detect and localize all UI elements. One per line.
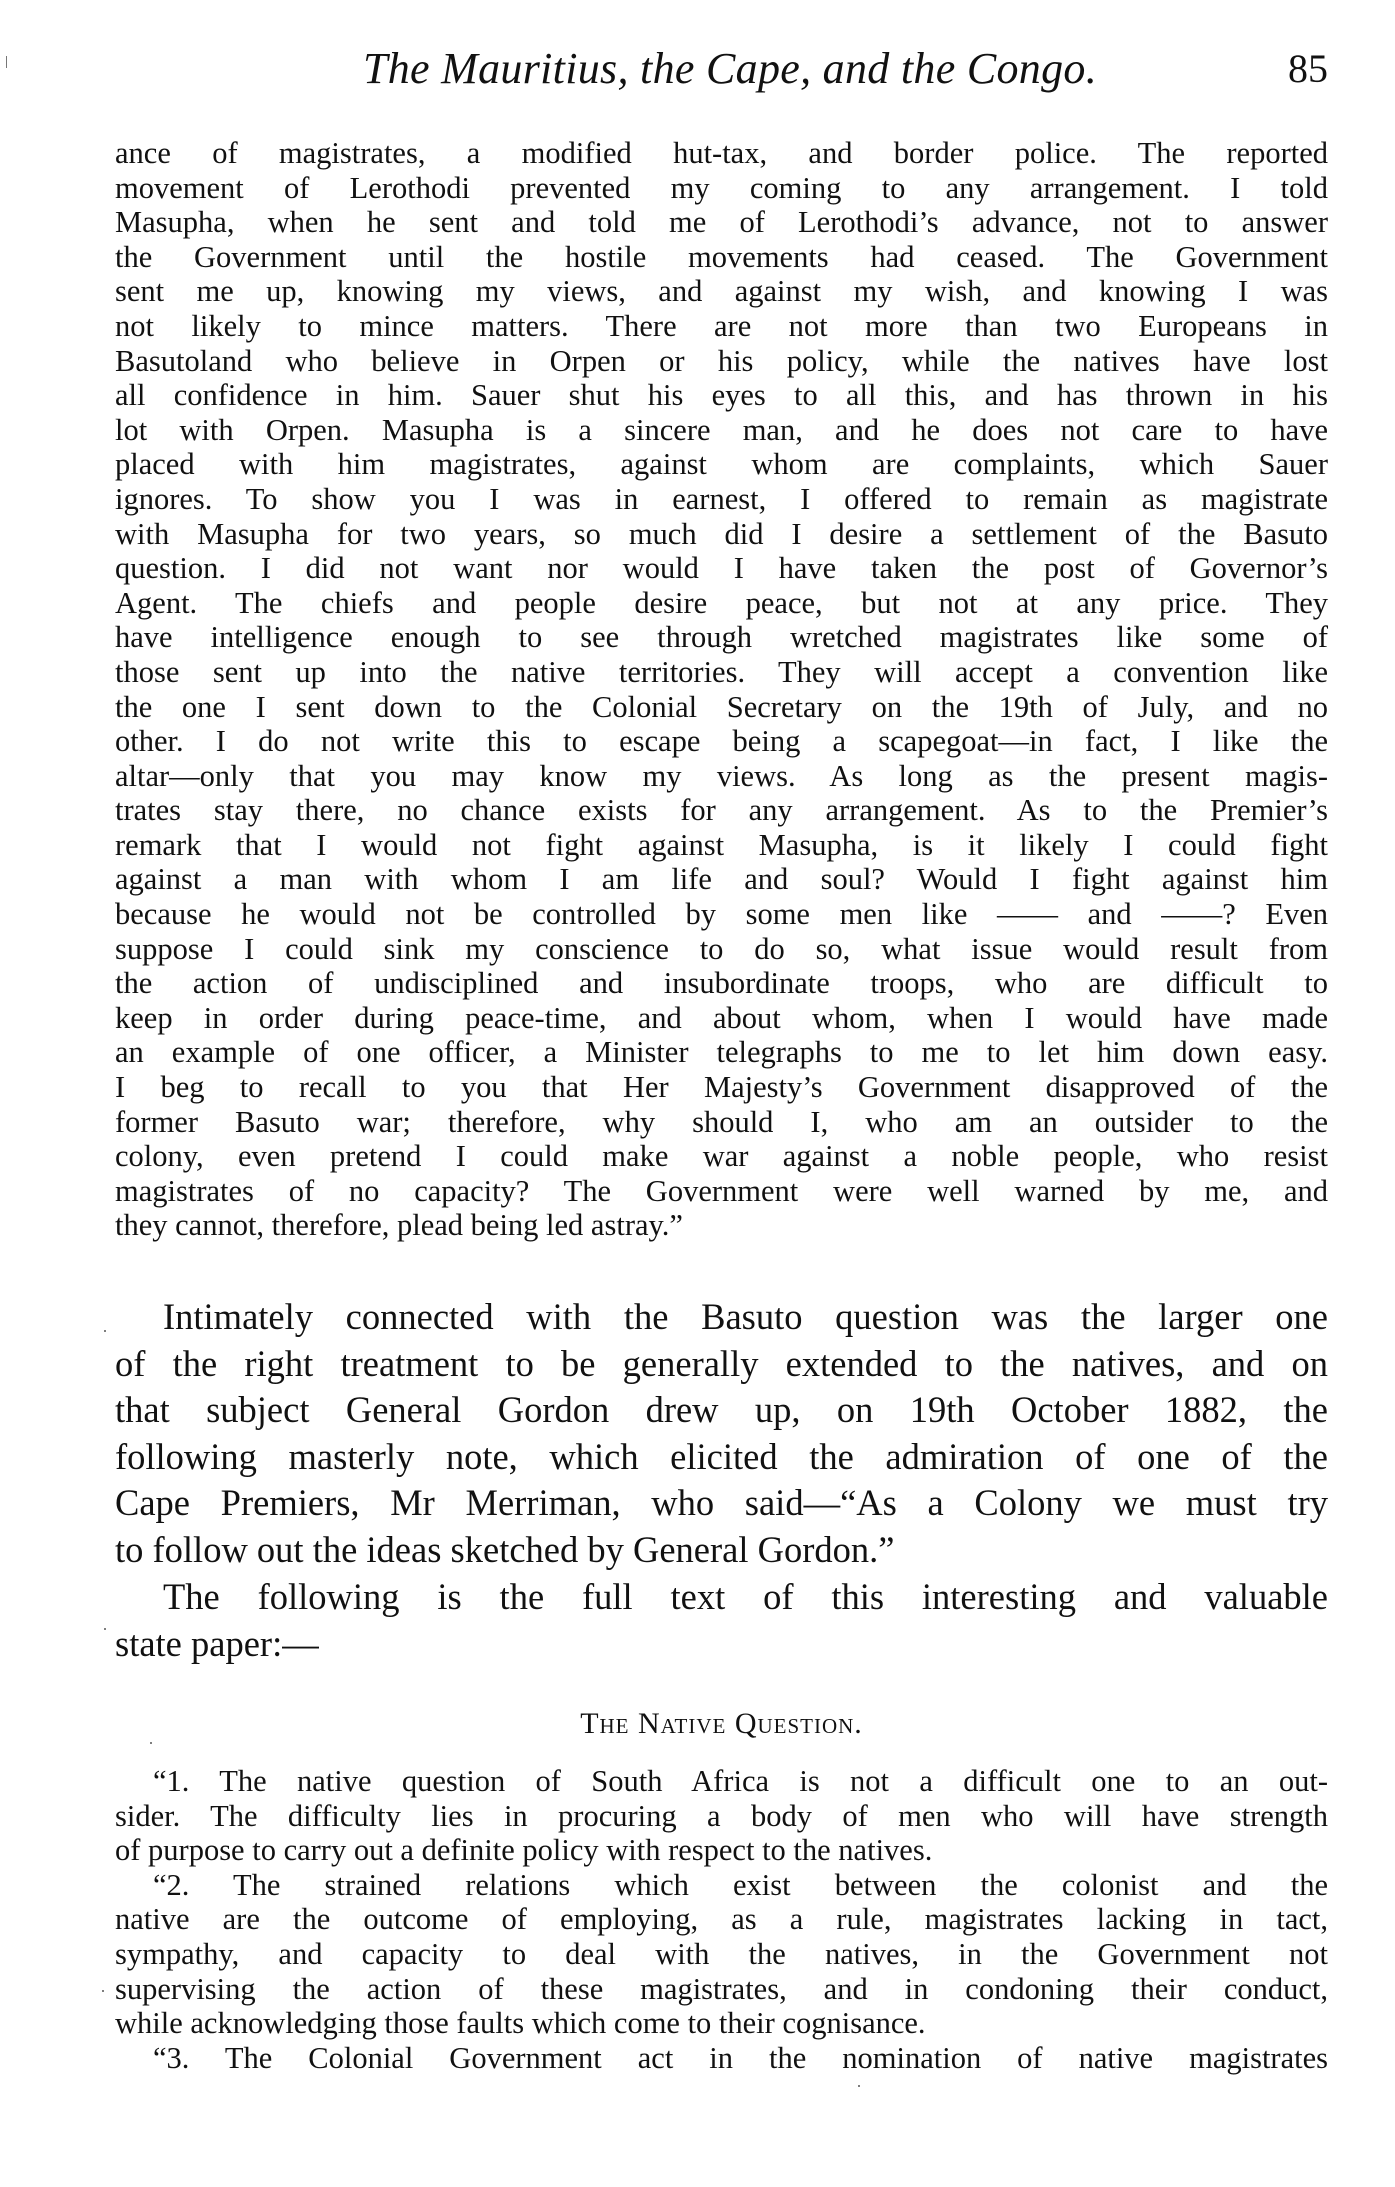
text-line: question. I did not want nor would I hav… [115, 551, 1328, 586]
numbered-quote-block: “1. The native question of South Africa … [115, 1764, 1328, 2075]
text-line: sider. The difficulty lies in procuring … [115, 1799, 1328, 1834]
text-line: that subject General Gordon drew up, on … [115, 1387, 1328, 1434]
text-line: colony, even pretend I could make war ag… [115, 1139, 1328, 1174]
text-line: Masupha, when he sent and told me of Ler… [115, 205, 1328, 240]
scan-speck [102, 1990, 104, 1992]
text-line: suppose I could sink my conscience to do… [115, 932, 1328, 967]
scan-speck [150, 1742, 152, 1744]
text-line: not likely to mince matters. There are n… [115, 309, 1328, 344]
text-line: to follow out the ideas sketched by Gene… [115, 1527, 1328, 1574]
text-line: former Basuto war; therefore, why should… [115, 1105, 1328, 1140]
text-line: Agent. The chiefs and people desire peac… [115, 586, 1328, 621]
text-line: the action of undisciplined and insubord… [115, 966, 1328, 1001]
text-line: “2. The strained relations which exist b… [115, 1868, 1328, 1903]
text-line: sent me up, knowing my views, and agains… [115, 274, 1328, 309]
text-line: The following is the full text of this i… [115, 1574, 1328, 1621]
text-line: remark that I would not fight against Ma… [115, 828, 1328, 863]
text-line: against a man with whom I am life and so… [115, 862, 1328, 897]
text-line: sympathy, and capacity to deal with the … [115, 1937, 1328, 1972]
text-line: other. I do not write this to escape bei… [115, 724, 1328, 759]
text-line: an example of one officer, a Minister te… [115, 1035, 1328, 1070]
text-line: following masterly note, which elicited … [115, 1434, 1328, 1481]
text-line: I beg to recall to you that Her Majesty’… [115, 1070, 1328, 1105]
running-title: The Mauritius, the Cape, and the Congo. [300, 38, 1160, 100]
text-line: native are the outcome of employing, as … [115, 1902, 1328, 1937]
body-paragraph: The following is the full text of this i… [115, 1574, 1328, 1667]
text-line: they cannot, therefore, plead being led … [115, 1208, 1328, 1243]
page-number: 85 [1288, 38, 1328, 100]
text-line: the one I sent down to the Colonial Secr… [115, 690, 1328, 725]
text-line: Basutoland who believe in Orpen or his p… [115, 344, 1328, 379]
text-line: have intelligence enough to see through … [115, 620, 1328, 655]
book-page: The Mauritius, the Cape, and the Congo. … [0, 0, 1395, 2187]
running-head: The Mauritius, the Cape, and the Congo. … [115, 38, 1328, 100]
text-line: movement of Lerothodi prevented my comin… [115, 171, 1328, 206]
text-line: ignores. To show you I was in earnest, I… [115, 482, 1328, 517]
text-line: keep in order during peace-time, and abo… [115, 1001, 1328, 1036]
text-line: of purpose to carry out a definite polic… [115, 1833, 1328, 1868]
text-line: because he would not be controlled by so… [115, 897, 1328, 932]
text-line: of the right treatment to be generally e… [115, 1341, 1328, 1388]
scan-speck [104, 1628, 106, 1630]
text-line: Intimately connected with the Basuto que… [115, 1294, 1328, 1341]
text-line: with Masupha for two years, so much did … [115, 517, 1328, 552]
text-line: “1. The native question of South Africa … [115, 1764, 1328, 1799]
body-paragraph: Intimately connected with the Basuto que… [115, 1294, 1328, 1573]
text-line: lot with Orpen. Masupha is a sincere man… [115, 413, 1328, 448]
text-line: while acknowledging those faults which c… [115, 2006, 1328, 2041]
section-heading: The Native Question. [115, 1702, 1328, 1746]
text-line: magistrates of no capacity? The Governme… [115, 1174, 1328, 1209]
text-line: all confidence in him. Sauer shut his ey… [115, 378, 1328, 413]
scan-artifact-mark [6, 56, 7, 68]
text-line: Cape Premiers, Mr Merriman, who said—“As… [115, 1480, 1328, 1527]
scan-speck [858, 2085, 860, 2087]
text-line: those sent up into the native territorie… [115, 655, 1328, 690]
text-line: “3. The Colonial Government act in the n… [115, 2041, 1328, 2076]
text-line: altar—only that you may know my views. A… [115, 759, 1328, 794]
text-line: the Government until the hostile movemen… [115, 240, 1328, 275]
text-line: supervising the action of these magistra… [115, 1972, 1328, 2007]
text-line: placed with him magistrates, against who… [115, 447, 1328, 482]
text-line: state paper:— [115, 1621, 1328, 1668]
quoted-letter-block: ance of magistrates, a modified hut-tax,… [115, 136, 1328, 1243]
text-line: trates stay there, no chance exists for … [115, 793, 1328, 828]
scan-speck [104, 1330, 106, 1332]
text-line: ance of magistrates, a modified hut-tax,… [115, 136, 1328, 171]
